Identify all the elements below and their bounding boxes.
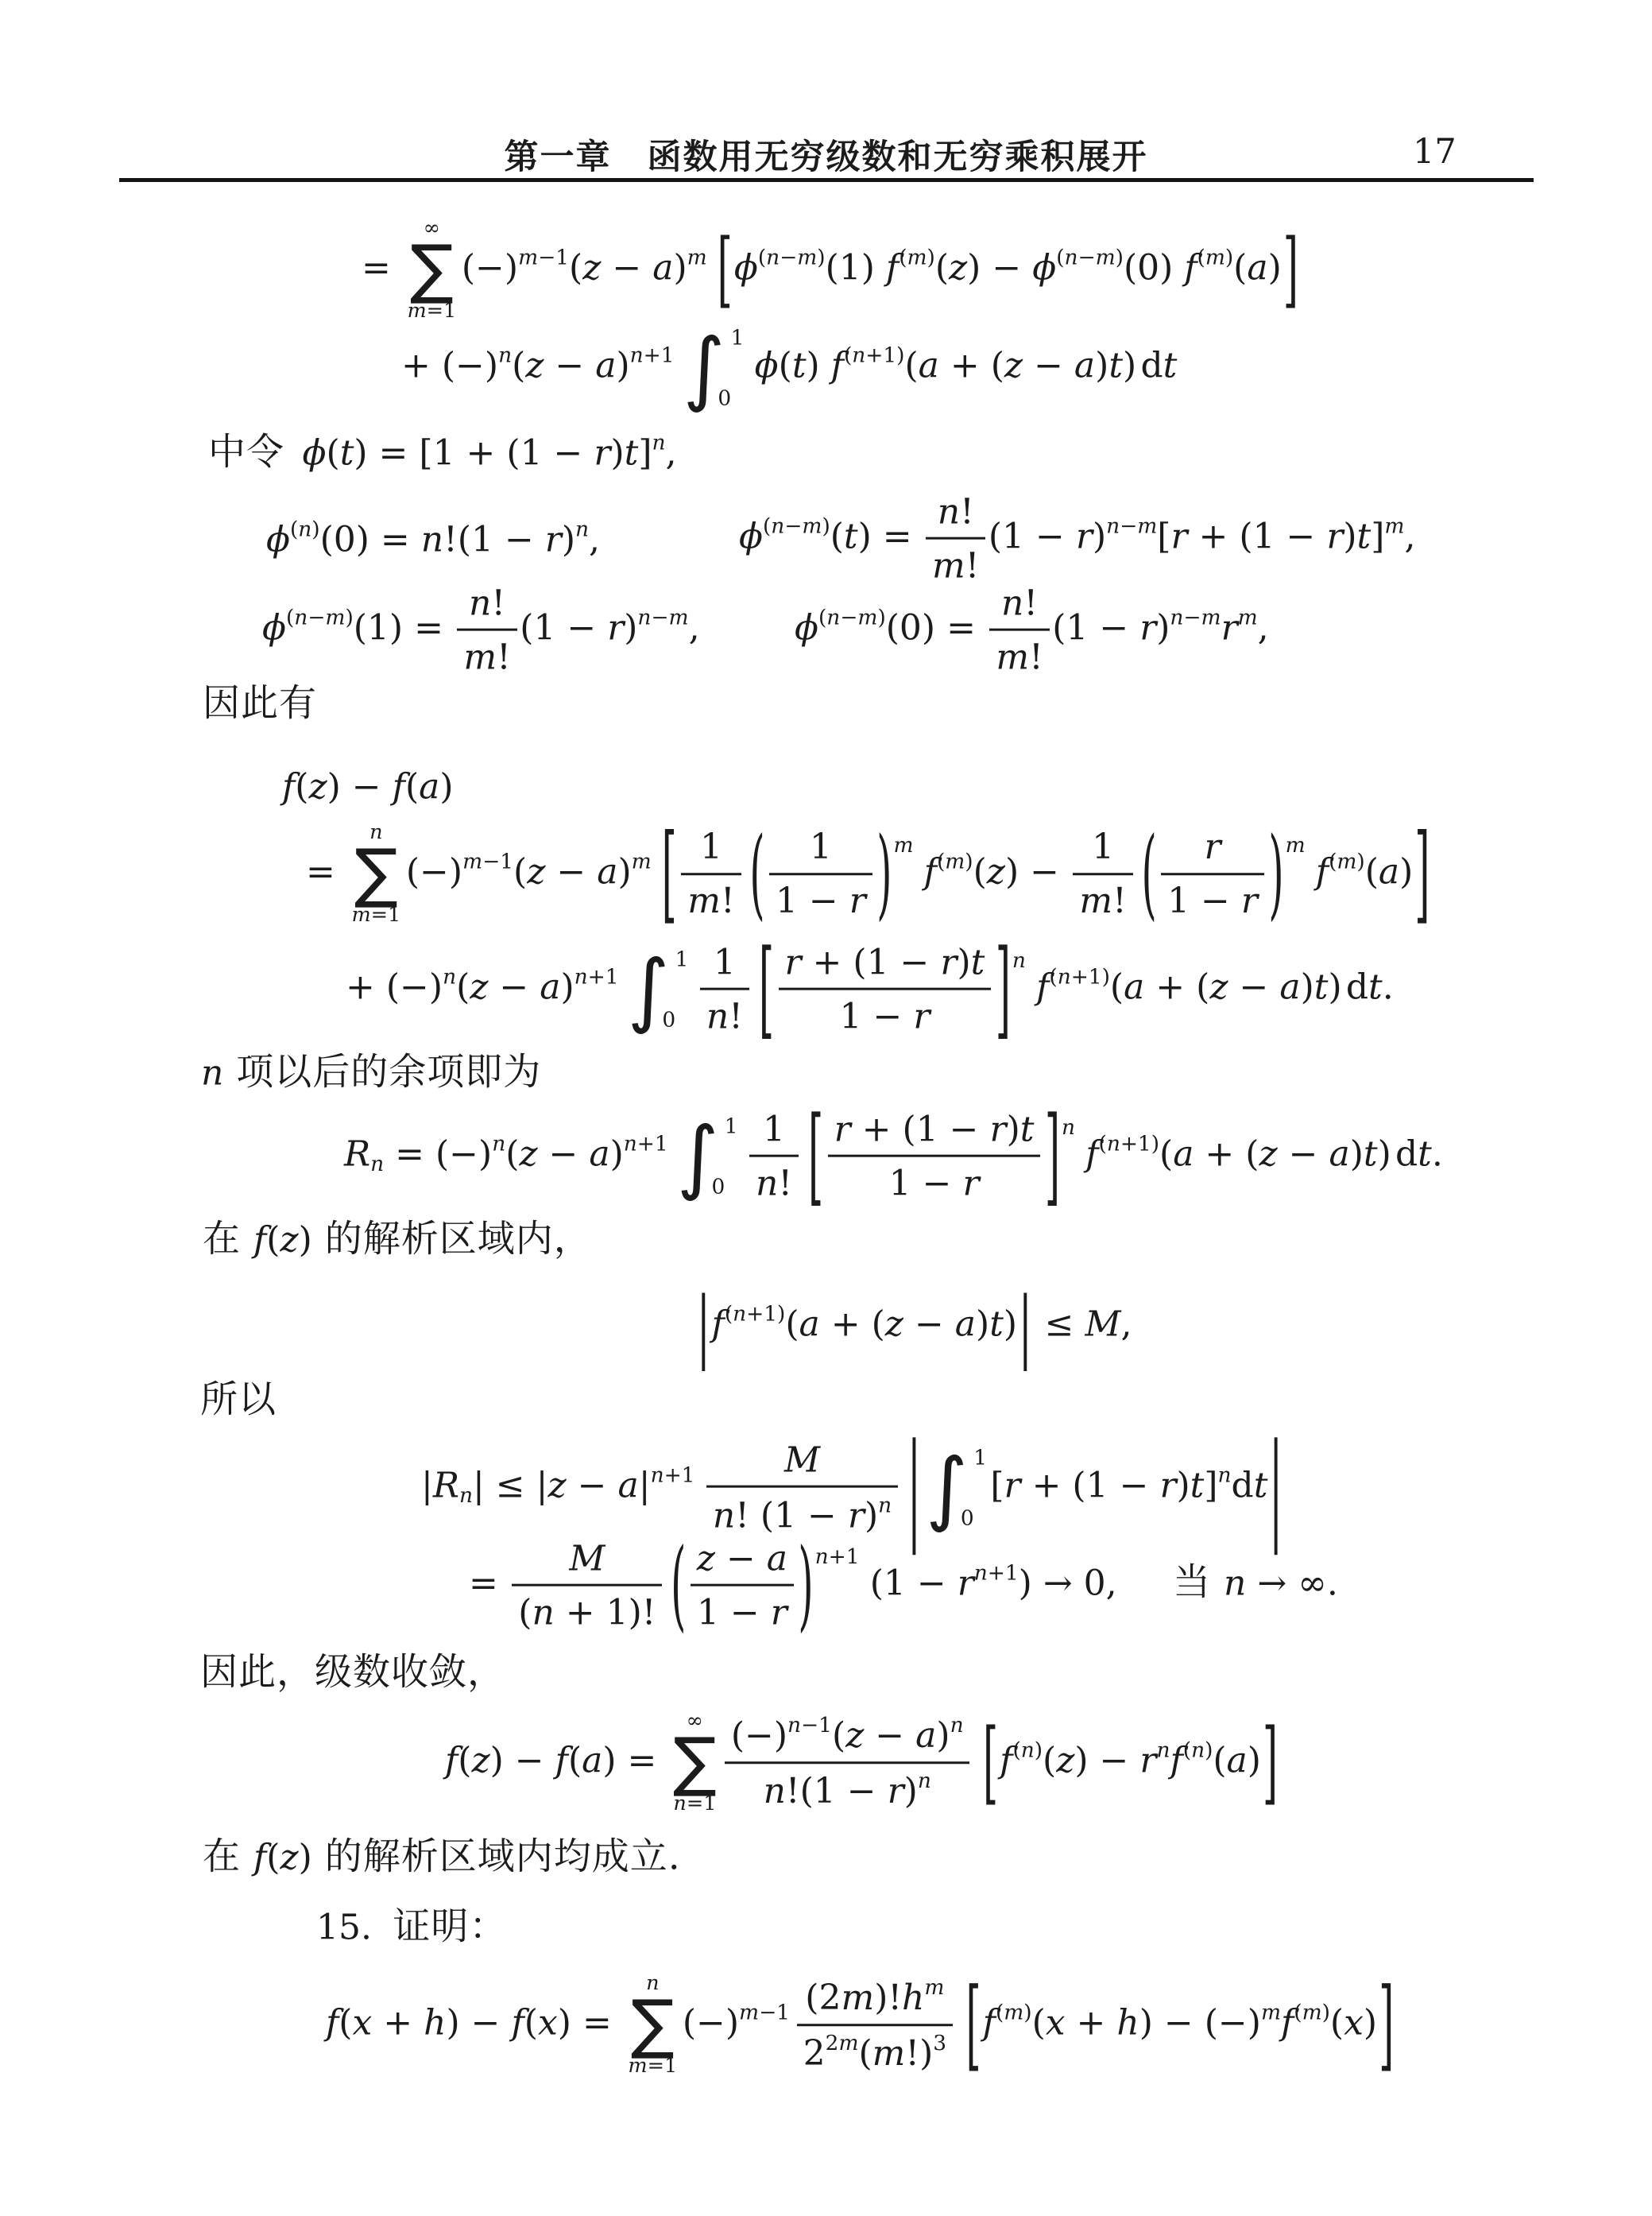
- book-page: 第一章 函数用无穷级数和无穷乘积展开 17 = ∞∑m=1(−)m−1(z − …: [0, 0, 1652, 2216]
- equation-sum-phi-line1: = ∞∑m=1(−)m−1(z − a)m[ϕ(n−m)(1) f(m)(z) …: [362, 217, 1300, 323]
- equation-sum-phi-line2: + (−)n(z − a)n+1∫10ϕ(t) f(n+1)(a + (z − …: [401, 327, 1177, 409]
- equation-final-series: f(z) − f(a) = ∞∑n=1(−)n−1(z − a)nn!(1 − …: [445, 1710, 1279, 1816]
- equation-bound-M: |f(n+1)(a + (z − a)t)| ≤ M,: [695, 1300, 1132, 1346]
- equation-phi-nm-t: ϕ(n−m)(t) = n!m!(1 − r)n−m[r + (1 − r)t]…: [739, 490, 1415, 588]
- header-divider: [119, 178, 1534, 182]
- equation-fz-minus-fa: f(z) − f(a): [282, 765, 454, 809]
- equation-limit-zero: = M(n + 1)!(z − a1 − r)n+1(1 − rn+1) → 0…: [469, 1537, 1338, 1635]
- equation-phi-nm-1: ϕ(n−m)(1) = n!m!(1 − r)n−m,: [262, 582, 700, 680]
- equation-finite-sum: = n∑m=1(−)m−1(z − a)m[1m!(11 − r)mf(m)(z…: [306, 821, 1431, 928]
- exercise-15-label: 15.证明：: [316, 1904, 507, 1951]
- paragraph-yinciyou: 因此有: [203, 681, 317, 728]
- paragraph-zhongling: 中令 ϕ(t) = [1 + (1 − r)t]n,: [208, 430, 677, 477]
- chapter-header-title: 第一章 函数用无穷级数和无穷乘积展开: [0, 130, 1652, 179]
- equation-phi-nm-0: ϕ(n−m)(0) = n!m!(1 − r)n−mrm,: [795, 582, 1269, 680]
- paragraph-remainder: n 项以后的余项即为: [201, 1050, 541, 1097]
- paragraph-suoyi: 所以: [200, 1377, 277, 1424]
- equation-phi-n-0: ϕ(n)(0) = n!(1 − r)n,: [266, 517, 600, 562]
- equation-Rn-bound: |Rn| ≤ |z − a|n+1Mn! (1 − r)n|∫10[r + (1…: [421, 1439, 1284, 1538]
- paragraph-holds-everywhere: 在 f(z) 的解析区域内均成立.: [203, 1834, 681, 1881]
- paragraph-analytic-region: 在 f(z) 的解析区域内，: [203, 1217, 592, 1264]
- page-number: 17: [1413, 132, 1457, 172]
- equation-exercise-15: f(x + h) − f(x) = n∑m=1(−)m−1(2m)!hm22m(…: [326, 1972, 1395, 2078]
- equation-integral-term: + (−)n(z − a)n+1∫101n![r + (1 − r)t1 − r…: [346, 941, 1394, 1039]
- paragraph-converges: 因此，级数收敛，: [200, 1650, 505, 1697]
- equation-Rn: Rn = (−)n(z − a)n+1∫101n![r + (1 − r)t1 …: [344, 1108, 1443, 1206]
